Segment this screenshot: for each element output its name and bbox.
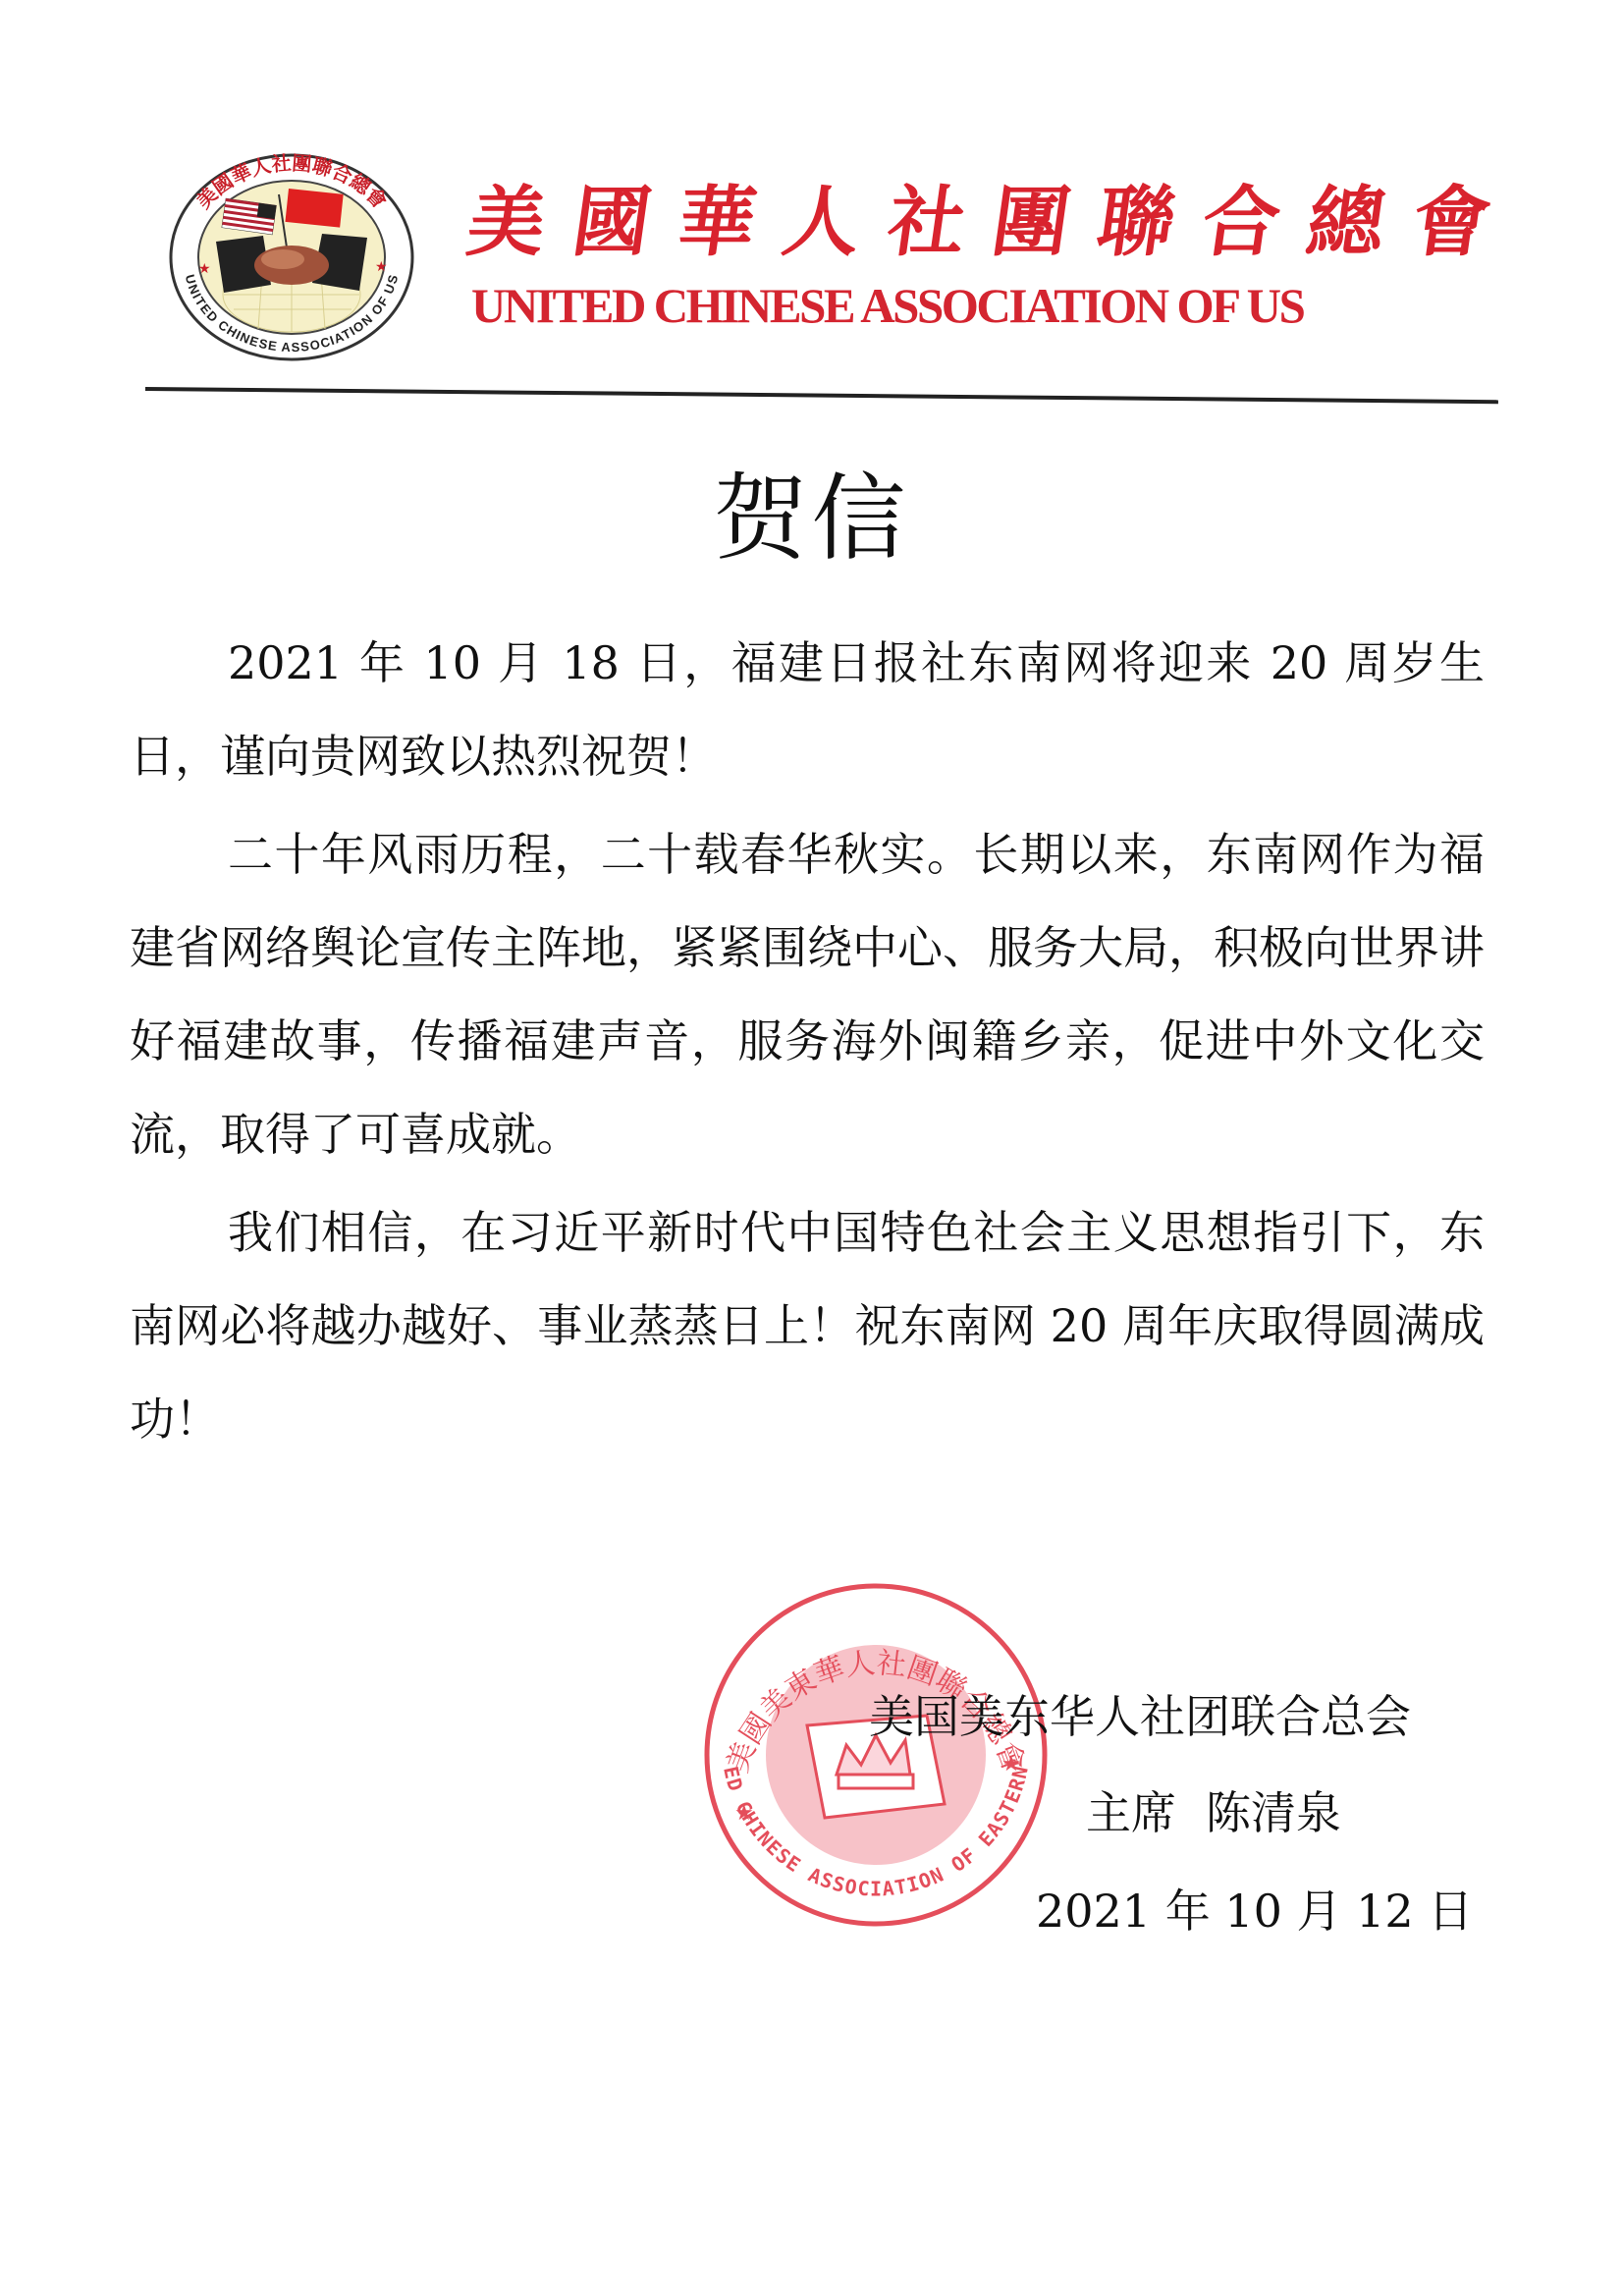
letter-paragraph: 2021 年 10 月 18 日，福建日报社东南网将迎来 20 周岁生日，谨向贵… — [130, 617, 1485, 803]
org-name-char: 會 — [1406, 161, 1498, 271]
header-divider — [145, 387, 1498, 404]
org-name-char: 合 — [1196, 161, 1288, 271]
association-logo: ★ ★ 美國華人社團聯合總會 UNITED CHINESE ASSOCIATIO… — [165, 147, 418, 363]
signature-date: 2021 年 10 月 12 日 — [1036, 1876, 1473, 1941]
org-name-char: 總 — [1301, 161, 1393, 271]
signature-name: 陈清泉 — [1206, 1786, 1341, 1839]
org-name-char: 團 — [987, 161, 1079, 271]
letter-body: 2021 年 10 月 18 日，福建日报社东南网将迎来 20 周岁生日，谨向贵… — [130, 617, 1485, 1466]
official-seal-stamp-icon: ★ ★ 美國美東華人社團聯合總會 UNITED CHINESE ASSOCIAT… — [699, 1578, 1053, 1932]
signature-chair: 主席陈清泉 — [1086, 1777, 1341, 1842]
signature-title: 主席 — [1086, 1786, 1176, 1839]
org-name-char: 聯 — [1091, 161, 1183, 271]
org-name-char: 美 — [461, 161, 554, 271]
org-name-char: 國 — [567, 161, 659, 271]
org-name-chinese: 美 國 華 人 社 團 聯 合 總 會 — [469, 162, 1490, 270]
letter-paragraph: 我们相信，在习近平新时代中国特色社会主义思想指引下，东南网必将越办越好、事业蒸蒸… — [130, 1186, 1485, 1466]
letter-title: 贺信 — [0, 444, 1623, 578]
org-name-char: 人 — [777, 161, 869, 271]
org-name-english: UNITED CHINESE ASSOCIATION OF US — [471, 277, 1462, 334]
official-seal: ★ ★ 美國美東華人社團聯合總會 UNITED CHINESE ASSOCIAT… — [699, 1578, 1053, 1932]
signature-organization: 美国美东华人社团联合总会 — [869, 1681, 1411, 1746]
org-name-char: 華 — [672, 161, 764, 271]
org-name-char: 社 — [882, 161, 974, 271]
svg-text:★: ★ — [375, 259, 388, 275]
letter-paragraph: 二十年风雨历程，二十载春华秋实。长期以来，东南网作为福建省网络舆论宣传主阵地，紧… — [130, 808, 1485, 1181]
svg-text:★: ★ — [198, 261, 211, 277]
handshake-flags-emblem-icon: ★ ★ 美國華人社團聯合總會 UNITED CHINESE ASSOCIATIO… — [165, 147, 418, 363]
